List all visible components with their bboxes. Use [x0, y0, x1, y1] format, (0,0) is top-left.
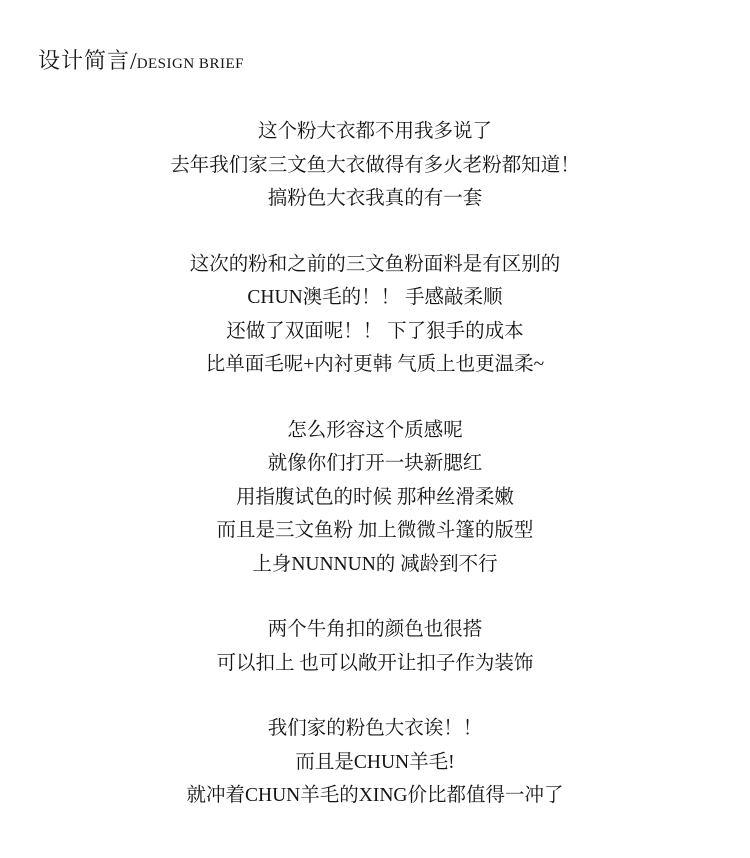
brief-line: 而且是CHUN羊毛!	[0, 746, 750, 780]
brief-line: CHUN澳毛的！！ 手感敲柔顺	[0, 281, 750, 315]
brief-paragraph-value: 我们家的粉色大衣诶！！ 而且是CHUN羊毛! 就冲着CHUN羊毛的XING价比都…	[0, 712, 750, 813]
design-brief-body: 这个粉大衣都不用我多说了 去年我们家三文鱼大衣做得有多火老粉都知道！ 搞粉色大衣…	[0, 0, 750, 813]
brief-line: 这个粉大衣都不用我多说了	[0, 115, 750, 149]
brief-paragraph-buttons: 两个牛角扣的颜色也很搭 可以扣上 也可以敞开让扣子作为装饰	[0, 613, 750, 680]
brief-line: 去年我们家三文鱼大衣做得有多火老粉都知道！	[0, 149, 750, 183]
brief-line: 怎么形容这个质感呢	[0, 414, 750, 448]
brief-line: 上身NUNNUN的 减龄到不行	[0, 548, 750, 582]
brief-paragraph-texture: 怎么形容这个质感呢 就像你们打开一块新腮红 用指腹试色的时候 那种丝滑柔嫩 而且…	[0, 414, 750, 582]
brief-line: 可以扣上 也可以敞开让扣子作为装饰	[0, 647, 750, 681]
header-title-english: DESIGN BRIEF	[137, 56, 244, 72]
brief-line: 两个牛角扣的颜色也很搭	[0, 613, 750, 647]
brief-paragraph-intro: 这个粉大衣都不用我多说了 去年我们家三文鱼大衣做得有多火老粉都知道！ 搞粉色大衣…	[0, 115, 750, 216]
brief-paragraph-fabric: 这次的粉和之前的三文鱼粉面料是有区别的 CHUN澳毛的！！ 手感敲柔顺 还做了双…	[0, 248, 750, 382]
brief-line: 而且是三文鱼粉 加上微微斗篷的版型	[0, 514, 750, 548]
brief-line: 用指腹试色的时候 那种丝滑柔嫩	[0, 481, 750, 515]
brief-line: 我们家的粉色大衣诶！！	[0, 712, 750, 746]
header-title-chinese: 设计简言	[38, 48, 130, 73]
brief-line: 搞粉色大衣我真的有一套	[0, 182, 750, 216]
brief-line: 这次的粉和之前的三文鱼粉面料是有区别的	[0, 248, 750, 282]
brief-line: 比单面毛呢+内衬更韩 气质上也更温柔~	[0, 348, 750, 382]
design-brief-header: 设计简言/DESIGN BRIEF	[38, 44, 244, 76]
brief-line: 还做了双面呢！！ 下了狠手的成本	[0, 315, 750, 349]
brief-line: 就像你们打开一块新腮红	[0, 447, 750, 481]
brief-line: 就冲着CHUN羊毛的XING价比都值得一冲了	[0, 779, 750, 813]
header-separator: /	[130, 49, 137, 75]
